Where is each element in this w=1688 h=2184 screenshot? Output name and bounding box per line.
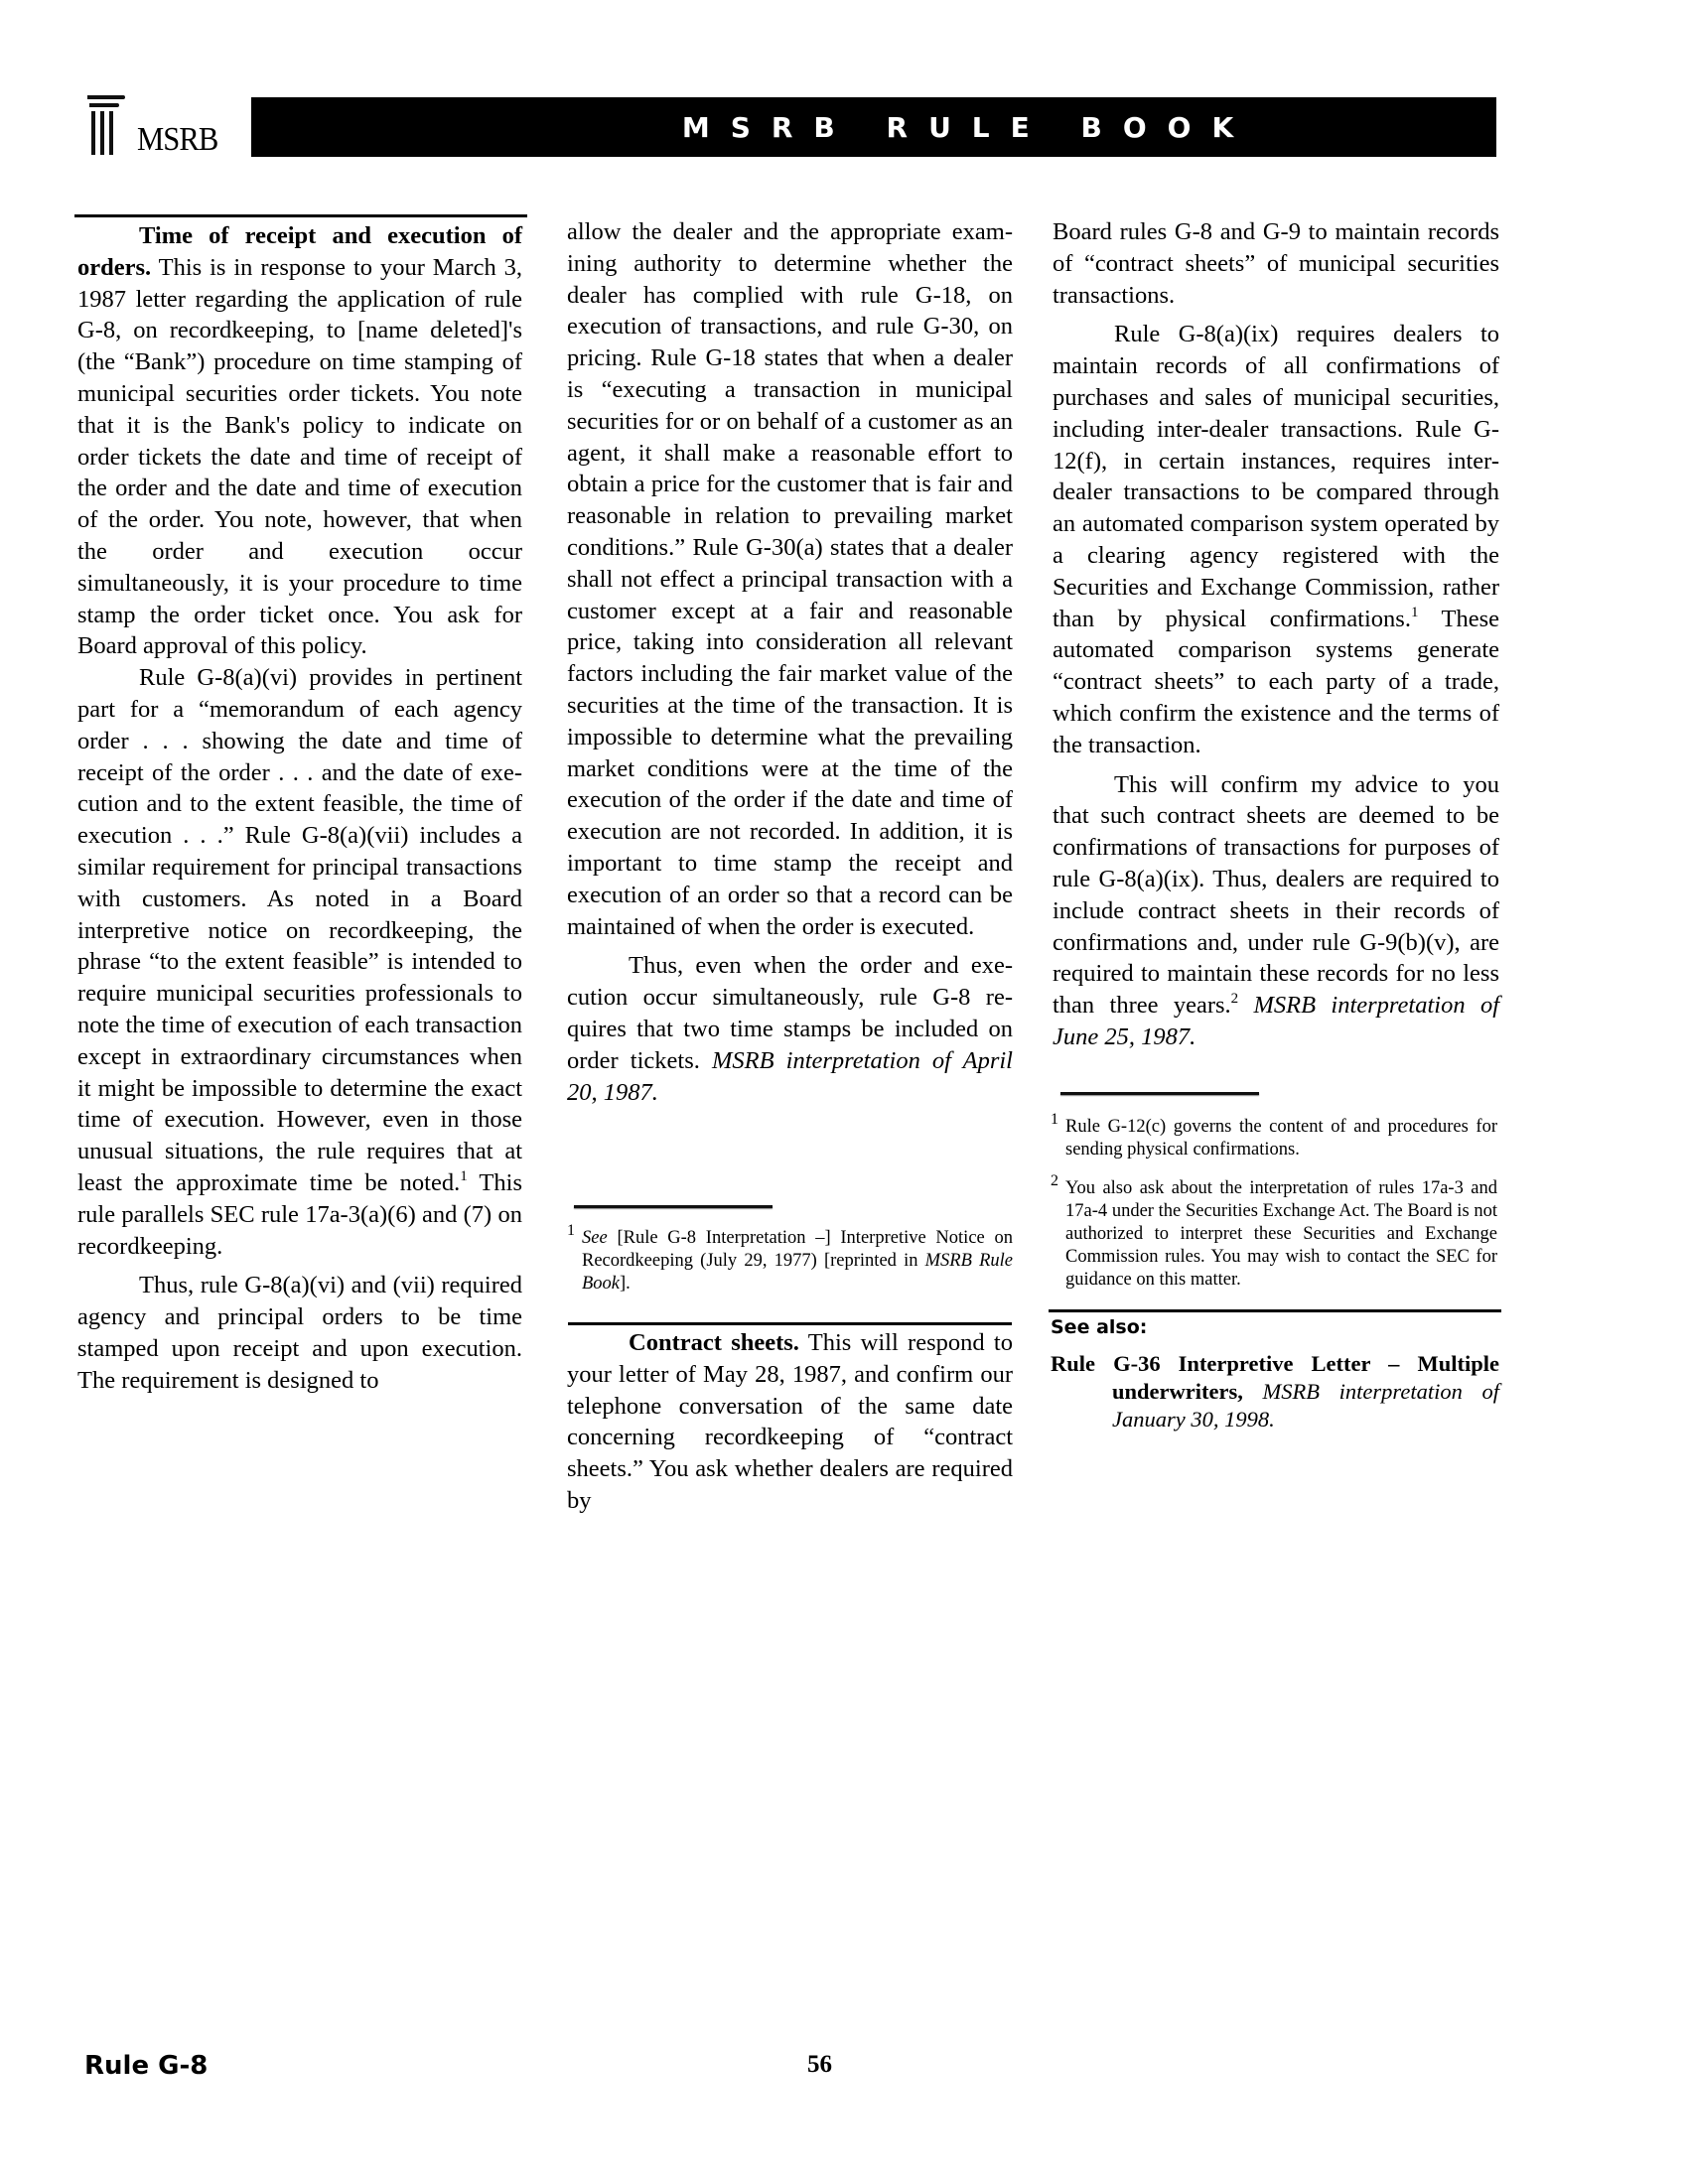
footnote-1: 1 See [Rule G-8 Interpretation –] Interp… [567,1227,1013,1296]
paragraph-text: This will re­spond to your letter of May… [567,1329,1013,1514]
paragraph-text: This will confirm my advice to you that … [1053,771,1499,1020]
section-heading-contract-sheets: Contract sheets. [629,1329,799,1356]
paragraph: Time of receipt and execution of orders.… [77,220,522,662]
paragraph: Board rules G-8 and G-9 to maintain reco… [1053,216,1499,311]
paragraph: Rule G-8(a)(vi) provides in pertinent pa… [77,662,522,1262]
right-column: Board rules G-8 and G-9 to maintain reco… [1053,216,1499,1053]
footnote-separator [574,1205,773,1208]
header-banner: MSRB RULE BOOK [251,97,1496,157]
footnote-ref[interactable]: 1 [1411,605,1419,620]
section-divider [568,1322,1012,1325]
section-divider [1049,1309,1501,1312]
middle-column-section2: Contract sheets. This will re­spond to y… [567,1327,1013,1517]
logo-text: MSRB [137,123,217,157]
footnote-number: 1 [1051,1108,1058,1131]
paragraph: Thus, even when the order and exe­cution… [567,950,1013,1108]
footnote-ref[interactable]: 2 [1231,991,1239,1007]
paragraph-text: Board rules G-8 and G-9 to maintain reco… [1053,218,1499,309]
footnote-1: 1 Rule G-12(c) governs the content of an… [1051,1116,1497,1161]
paragraph-text: Thus, rule G-8(a)(vi) and (vii) re­quire… [77,1272,522,1393]
section-divider [74,214,527,217]
footer-rule-label: Rule G-8 [84,2051,208,2081]
footnote-end: ]. [620,1274,631,1294]
footnote-text: You also ask about the interpretation of… [1065,1177,1497,1292]
paragraph-text: This is in response to your March 3, 198… [77,254,522,660]
paragraph-text: Rule G-8(a)(vi) provides in pertinent pa… [77,664,522,1196]
paragraph-text: allow the dealer and the appropriate exa… [567,218,1013,940]
footnote-2: 2 You also ask about the interpretation … [1051,1177,1497,1292]
middle-column: allow the dealer and the appropriate exa… [567,216,1013,1108]
column-shaft [100,111,104,155]
footnote-ref[interactable]: 1 [460,1168,468,1184]
paragraph-text: Rule G-8(a)(ix) requires dealers to main… [1053,321,1499,631]
footnote-number: 1 [567,1219,575,1242]
see-also-label: See also: [1051,1316,1147,1338]
footnote-text: Rule G-12(c) governs the content of and … [1065,1116,1497,1161]
column-shaft [91,111,95,155]
msrb-logo: MSRB [85,93,244,159]
column-shaft [109,111,113,155]
column-capital-line [89,103,119,107]
page-number: 56 [807,2051,832,2079]
footnote-see: See [582,1228,608,1248]
see-also-entry[interactable]: Rule G-36 Interpretive Letter – Multiple… [1051,1350,1499,1433]
left-column: Time of receipt and execution of orders.… [77,220,522,1396]
header-title: MSRB RULE BOOK [493,111,1254,144]
paragraph: Contract sheets. This will re­spond to y… [567,1327,1013,1517]
paragraph: allow the dealer and the appropriate exa… [567,216,1013,942]
footnote-text: See [Rule G-8 Interpretation –] Interpre… [582,1227,1013,1296]
paragraph: This will confirm my advice to you that … [1053,769,1499,1053]
paragraph: Thus, rule G-8(a)(vi) and (vii) re­quire… [77,1270,522,1396]
column-pillar-icon [87,95,125,99]
footnote-separator [1060,1092,1259,1095]
paragraph: Rule G-8(a)(ix) requires dealers to main… [1053,319,1499,760]
footnote-number: 2 [1051,1169,1058,1192]
